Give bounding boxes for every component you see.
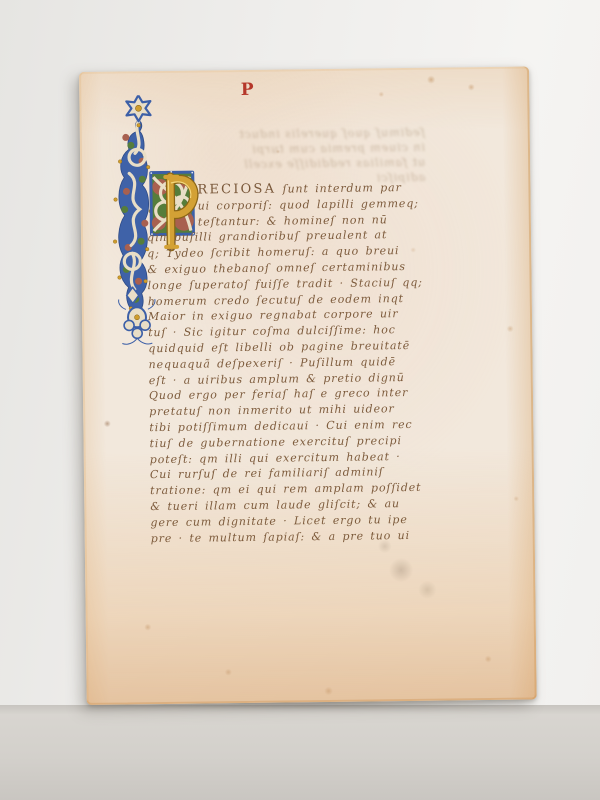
star-finial — [126, 95, 150, 121]
folio-mark: P — [237, 80, 257, 100]
table-surface — [0, 705, 600, 800]
manuscript-leaf: P ſedimuſ quoſ querelis induct in ciuem … — [79, 67, 537, 705]
text-block: RECIOSA ſunt interdum par ui corporiſ: q… — [146, 179, 470, 546]
showthrough-text: ſedimuſ quoſ querelis induct in ciuem pr… — [175, 125, 426, 188]
first-line-rest: ſunt interdum par — [276, 181, 402, 196]
photo-backdrop: P ſedimuſ quoſ querelis induct in ciuem … — [0, 0, 600, 800]
opening-capitals: RECIOSA — [197, 182, 276, 198]
text-line: pre · te multum ſapiaſ: & a pre tuo ui — [151, 527, 471, 547]
